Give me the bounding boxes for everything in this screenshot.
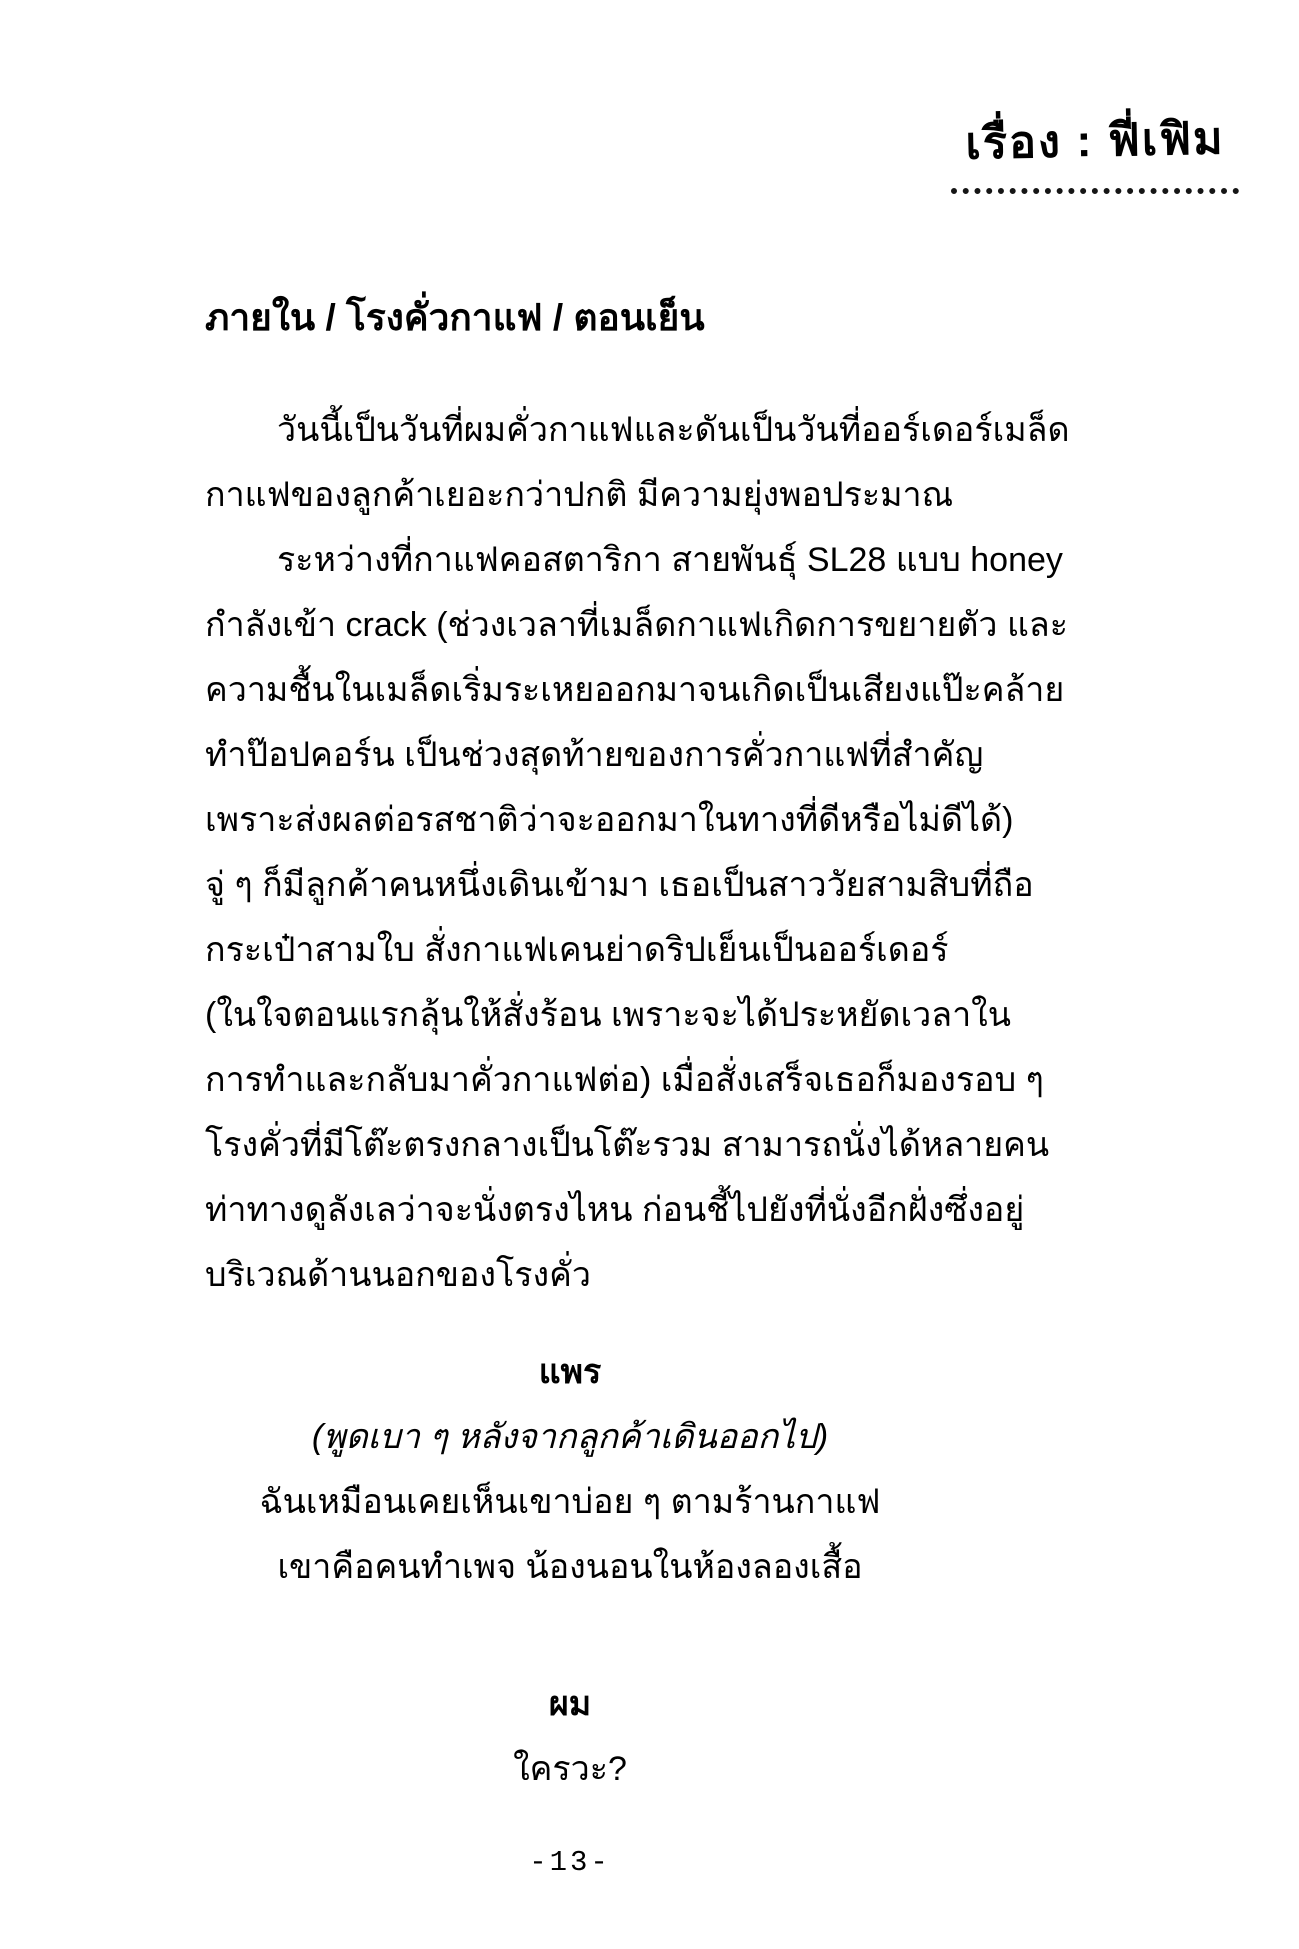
action-line: เพราะส่งผลต่อรสชาติว่าจะออกมาในทางที่ดีห…: [205, 788, 1115, 853]
action-line: การทำและกลับมาคั่วกาแฟต่อ) เมื่อสั่งเสร็…: [205, 1048, 1115, 1113]
action-line: (ในใจตอนแรกลุ้นให้สั่งร้อน เพราะจะได้ประ…: [205, 983, 1115, 1048]
script-page: เรื่อง : ฟี่เฟิม ภายใน / โรงคั่วกาแฟ / ต…: [0, 0, 1299, 1949]
scene-heading: ภายใน / โรงคั่วกาแฟ / ตอนเย็น: [205, 288, 705, 347]
action-line: กาแฟของลูกค้าเยอะกว่าปกติ มีความยุ่งพอปร…: [205, 463, 1115, 528]
action-line: ท่าทางดูลังเลว่าจะนั่งตรงไหน ก่อนชี้ไปยั…: [205, 1178, 1115, 1243]
action-line: กระเป๋าสามใบ สั่งกาแฟเคนย่าดริปเย็นเป็นอ…: [205, 918, 1115, 983]
dialogue-block-phom: ผม ใครวะ?: [205, 1672, 935, 1802]
character-name: แพร: [205, 1340, 935, 1405]
action-block: วันนี้เป็นวันที่ผมคั่วกาแฟและดันเป็นวันท…: [205, 398, 1115, 1308]
dialogue-line: ใครวะ?: [205, 1737, 935, 1802]
dotted-underline: [951, 188, 1239, 194]
action-line: ระหว่างที่กาแฟคอสตาริกา สายพันธุ์ SL28 แ…: [205, 528, 1115, 593]
action-line: จู่ ๆ ก็มีลูกค้าคนหนึ่งเดินเข้ามา เธอเป็…: [205, 853, 1115, 918]
dialogue-block-phrae: แพร (พูดเบา ๆ หลังจากลูกค้าเดินออกไป) ฉั…: [205, 1340, 935, 1600]
action-line: บริเวณด้านนอกของโรงคั่ว: [205, 1243, 1115, 1308]
dialogue-line: ฉันเหมือนเคยเห็นเขาบ่อย ๆ ตามร้านกาแฟ: [205, 1470, 935, 1535]
action-line: วันนี้เป็นวันที่ผมคั่วกาแฟและดันเป็นวันท…: [205, 398, 1115, 463]
action-line: กำลังเข้า crack (ช่วงเวลาที่เมล็ดกาแฟเกิ…: [205, 593, 1115, 658]
action-line: ทำป๊อปคอร์น เป็นช่วงสุดท้ายของการคั่วกาแ…: [205, 723, 1115, 788]
story-title-handwritten: เรื่อง : ฟี่เฟิม: [950, 101, 1239, 179]
story-label-block: เรื่อง : ฟี่เฟิม: [951, 104, 1239, 194]
character-name: ผม: [205, 1672, 935, 1737]
parenthetical: (พูดเบา ๆ หลังจากลูกค้าเดินออกไป): [205, 1405, 935, 1470]
action-line: โรงคั่วที่มีโต๊ะตรงกลางเป็นโต๊ะรวม สามาร…: [205, 1113, 1115, 1178]
action-line: ความชื้นในเมล็ดเริ่มระเหยออกมาจนเกิดเป็น…: [205, 658, 1115, 723]
page-number: -13-: [205, 1846, 935, 1879]
dialogue-line: เขาคือคนทำเพจ น้องนอนในห้องลองเสื้อ: [205, 1535, 935, 1600]
